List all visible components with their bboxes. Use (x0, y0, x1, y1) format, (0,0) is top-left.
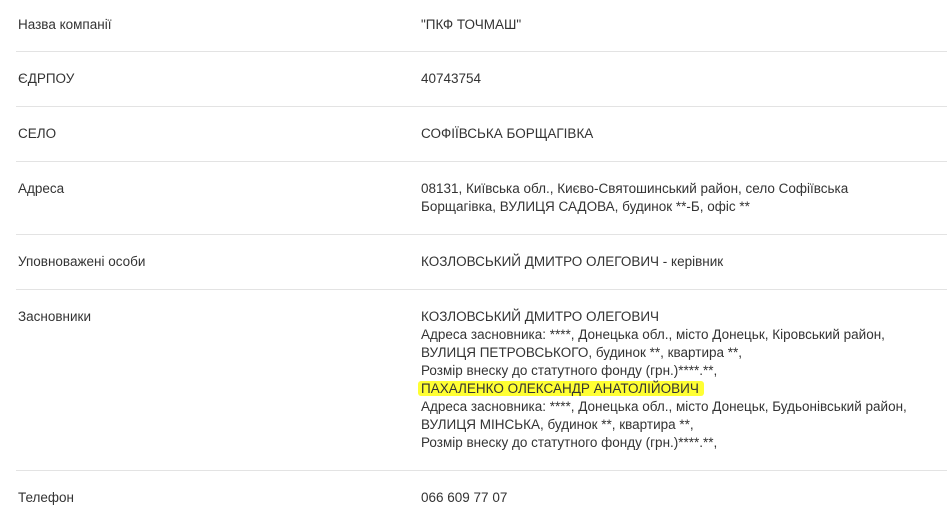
phone-label: Телефон (18, 489, 74, 507)
edrpou-value: 40743754 (421, 70, 941, 88)
address-label: Адреса (18, 180, 64, 198)
founder-contribution: Розмір внеску до статутного фонду (грн.)… (421, 362, 941, 380)
founder-name-highlighted: ПАХАЛЕНКО ОЛЕКСАНДР АНАТОЛІЙОВИЧ (418, 381, 704, 396)
founder-address-line: Адреса засновника: ****, Донецька обл., … (421, 326, 941, 344)
company-name-label: Назва компанії (18, 16, 111, 34)
address-value: 08131, Київська обл., Києво-Святошинськи… (421, 180, 941, 216)
row-village: СЕЛО СОФІЇВСЬКА БОРЩАГІВКА (16, 107, 947, 162)
founder-address-line: ВУЛИЦЯ ПЕТРОВСЬКОГО, будинок **, квартир… (421, 344, 941, 362)
founder-address-line: ВУЛИЦЯ МІНСЬКА, будинок **, квартира **, (421, 416, 941, 434)
company-name-value: "ПКФ ТОЧМАШ" (421, 16, 941, 34)
village-label: СЕЛО (18, 125, 56, 143)
founders-list: КОЗЛОВСЬКИЙ ДМИТРО ОЛЕГОВИЧ Адреса засно… (421, 308, 941, 452)
row-address: Адреса 08131, Київська обл., Києво-Свято… (16, 162, 947, 235)
address-line: Борщагівка, ВУЛИЦЯ САДОВА, будинок **-Б,… (421, 198, 941, 216)
founder-entry: ПАХАЛЕНКО ОЛЕКСАНДР АНАТОЛІЙОВИЧ Адреса … (421, 380, 941, 452)
authorized-persons-value: КОЗЛОВСЬКИЙ ДМИТРО ОЛЕГОВИЧ - керівник (421, 253, 941, 271)
founders-label: Засновники (18, 308, 91, 326)
row-edrpou: ЄДРПОУ 40743754 (16, 52, 947, 107)
row-company-name: Назва компанії "ПКФ ТОЧМАШ" (16, 0, 947, 52)
village-value: СОФІЇВСЬКА БОРЩАГІВКА (421, 125, 941, 143)
company-info-table: Назва компанії "ПКФ ТОЧМАШ" ЄДРПОУ 40743… (16, 0, 947, 529)
address-line: 08131, Київська обл., Києво-Святошинськи… (421, 180, 941, 198)
edrpou-label: ЄДРПОУ (18, 70, 74, 88)
row-founders: Засновники КОЗЛОВСЬКИЙ ДМИТРО ОЛЕГОВИЧ А… (16, 290, 947, 471)
phone-value: 066 609 77 07 (421, 489, 941, 507)
founder-address-line: Адреса засновника: ****, Донецька обл., … (421, 398, 941, 416)
founder-name-line: ПАХАЛЕНКО ОЛЕКСАНДР АНАТОЛІЙОВИЧ (421, 380, 941, 398)
authorized-persons-label: Уповноважені особи (18, 253, 145, 271)
founder-contribution: Розмір внеску до статутного фонду (грн.)… (421, 434, 941, 452)
row-authorized-persons: Уповноважені особи КОЗЛОВСЬКИЙ ДМИТРО ОЛ… (16, 235, 947, 290)
founder-entry: КОЗЛОВСЬКИЙ ДМИТРО ОЛЕГОВИЧ Адреса засно… (421, 308, 941, 380)
founder-name: КОЗЛОВСЬКИЙ ДМИТРО ОЛЕГОВИЧ (421, 308, 941, 326)
row-phone: Телефон 066 609 77 07 (16, 471, 947, 529)
